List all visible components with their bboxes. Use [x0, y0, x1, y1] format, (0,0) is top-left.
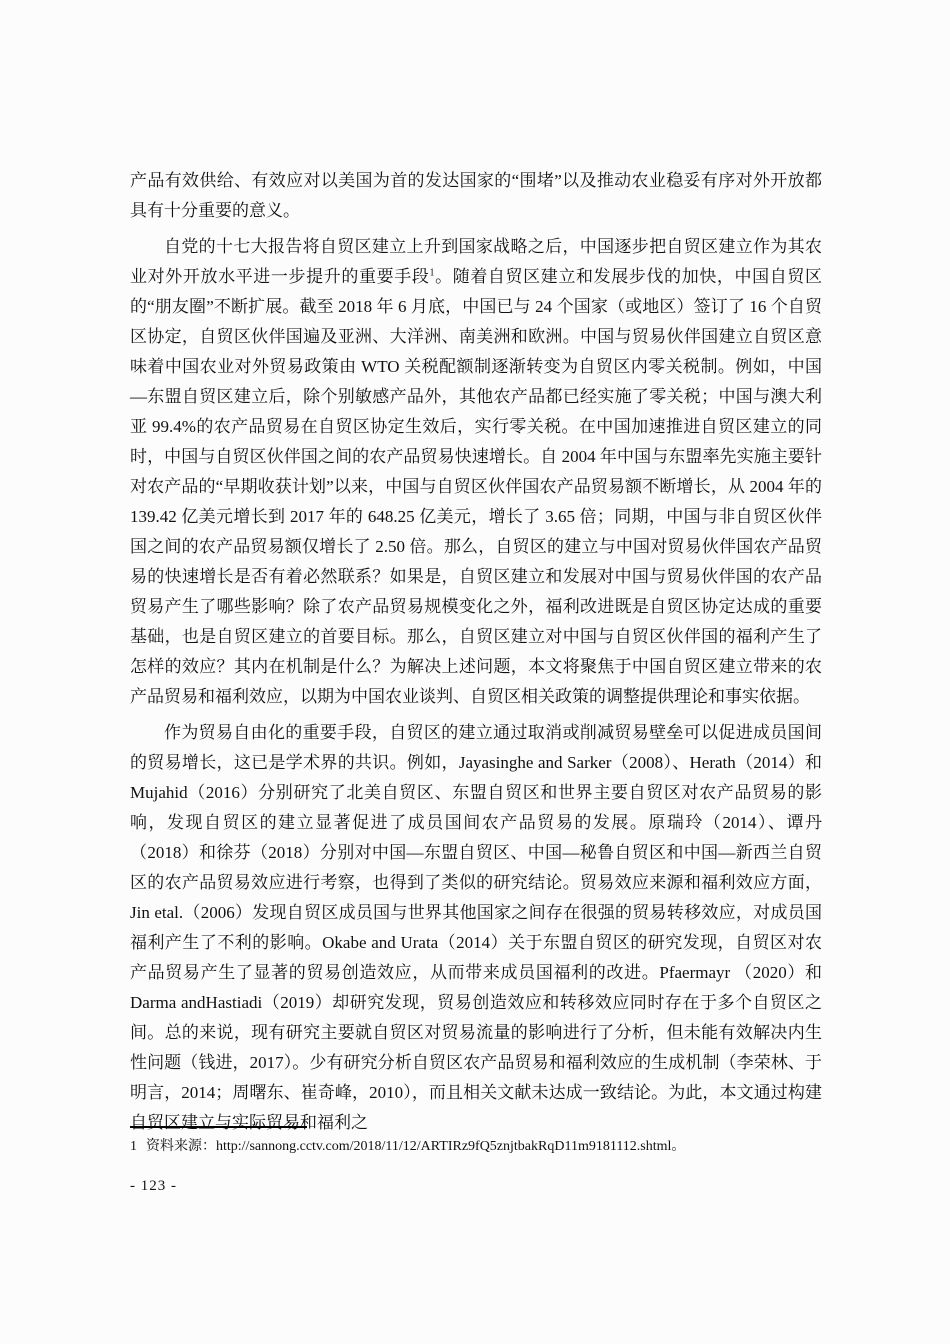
footnote-area: 1资料来源：http://sannong.cctv.com/2018/11/12…: [130, 1126, 822, 1157]
footnote-suffix: 。: [671, 1139, 685, 1154]
body-text: 产品有效供给、有效应对以美国为首的发达国家的“围堵”以及推动农业稳妥有序对外开放…: [130, 166, 822, 1144]
paragraph-literature-review: 作为贸易自由化的重要手段，自贸区的建立通过取消或削减贸易壁垒可以促进成员国间的贸…: [130, 718, 822, 1138]
paragraph-intro: 自党的十七大报告将自贸区建立上升到国家战略之后，中国逐步把自贸区建立作为其农业对…: [130, 232, 822, 712]
footnote-1: 1资料来源：http://sannong.cctv.com/2018/11/12…: [130, 1137, 822, 1157]
paragraph-intro-text-after-footnote: 。随着自贸区建立和发展步伐的加快，中国自贸区的“朋友圈”不断扩展。截至 2018…: [130, 267, 822, 706]
footnote-number: 1: [130, 1139, 137, 1154]
footnote-source-url: http://sannong.cctv.com/2018/11/12/ARTIR…: [216, 1139, 671, 1154]
footnote-source-label: 资料来源：: [146, 1139, 216, 1154]
footnote-separator-rule: [130, 1126, 307, 1128]
page-number: - 123 -: [130, 1178, 177, 1195]
paragraph-continuation: 产品有效供给、有效应对以美国为首的发达国家的“围堵”以及推动农业稳妥有序对外开放…: [130, 166, 822, 226]
paper-page: 产品有效供给、有效应对以美国为首的发达国家的“围堵”以及推动农业稳妥有序对外开放…: [0, 0, 950, 1344]
